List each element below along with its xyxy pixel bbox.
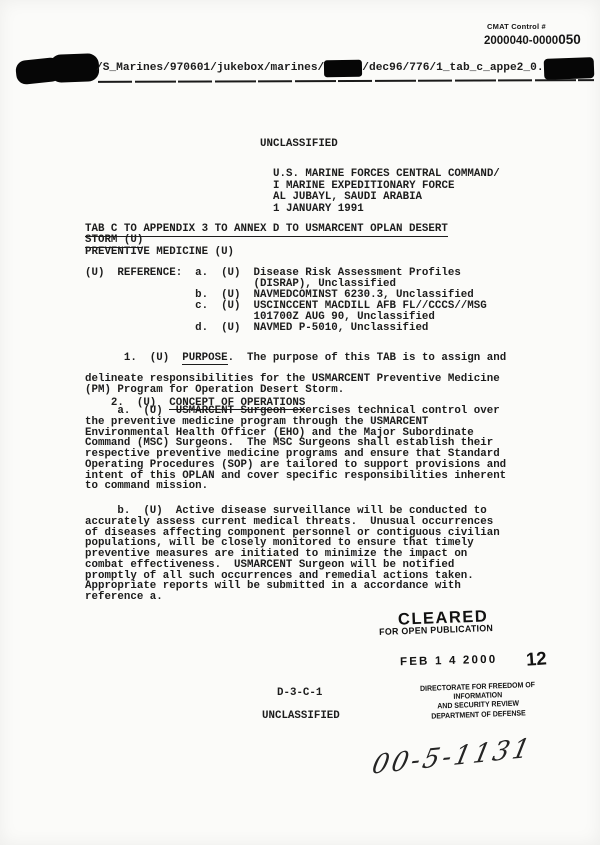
scanned-document-page: CMAT Control # 2000040-0000050 /S_Marine… [0,0,600,845]
directorate-stamp: DIRECTORATE FOR FREEDOM OF INFORMATION A… [399,679,557,721]
paragraph-line: reference a. [85,592,500,603]
paragraph-line: the preventive medicine program through … [85,417,506,428]
file-path-part1: /S_Marines/970601/jukebox/marines/ [96,63,324,74]
classification-banner-bottom: UNCLASSIFIED [262,711,340,722]
paragraph-line: to command mission. [85,481,506,492]
paragraph-2b: b. (U) Active disease surveillance will … [85,506,500,603]
purpose-first-line: . The purpose of this TAB is to assign a… [228,352,507,364]
cmat-number-suffix: 050 [558,32,581,47]
paragraph-line: combat effectiveness. USMARCENT Surgeon … [85,560,500,571]
scan-underline [98,79,594,83]
redaction-bar-middle [324,60,362,78]
classification-banner-top: UNCLASSIFIED [260,139,338,150]
handwritten-case-number: 00-5-1131 [369,733,535,781]
cmat-control-label: CMAT Control # [487,22,546,31]
paragraph-line: accurately assess current medical threat… [85,517,500,528]
letterhead-line: U.S. MARINE FORCES CENTRAL COMMAND/ [273,169,500,181]
reference-line: d. (U) NAVMED P-5010, Unclassified [85,323,487,334]
file-path-part2: /dec96/776/1_tab_c_appe2_0. [362,63,543,74]
cmat-number-prefix: 2000040-0000 [484,35,558,47]
letterhead: U.S. MARINE FORCES CENTRAL COMMAND/ I MA… [273,169,500,215]
page-number: D-3-C-1 [277,688,322,699]
title-line-3: PREVENTIVE MEDICINE (U) [85,247,448,258]
purpose-heading: PURPOSE [182,352,227,366]
cleared-stamp-subtitle: FOR OPEN PUBLICATION [379,623,493,637]
paragraph-2a: a. (U) USMARCENT Surgeon exercises techn… [85,406,506,492]
handwritten-page-number: 12 [525,647,547,670]
letterhead-date: 1 JANUARY 1991 [273,204,500,216]
reference-list: (U) REFERENCE: a. (U) Disease Risk Asses… [85,268,487,334]
stamp-date: FEB 1 4 2000 [400,654,498,669]
redaction-bar-right [543,57,594,80]
redaction-bar-left-2 [50,53,100,83]
document-title: TAB C TO APPENDIX 3 TO ANNEX D TO USMARC… [85,224,448,258]
cmat-control-number: 2000040-0000050 [484,31,581,49]
paragraph-line: Operating Procedures (SOP) are tailored … [85,460,506,471]
file-path-line: /S_Marines/970601/jukebox/marines/ /dec9… [96,58,594,79]
purpose-number: 1. (U) [124,352,182,364]
